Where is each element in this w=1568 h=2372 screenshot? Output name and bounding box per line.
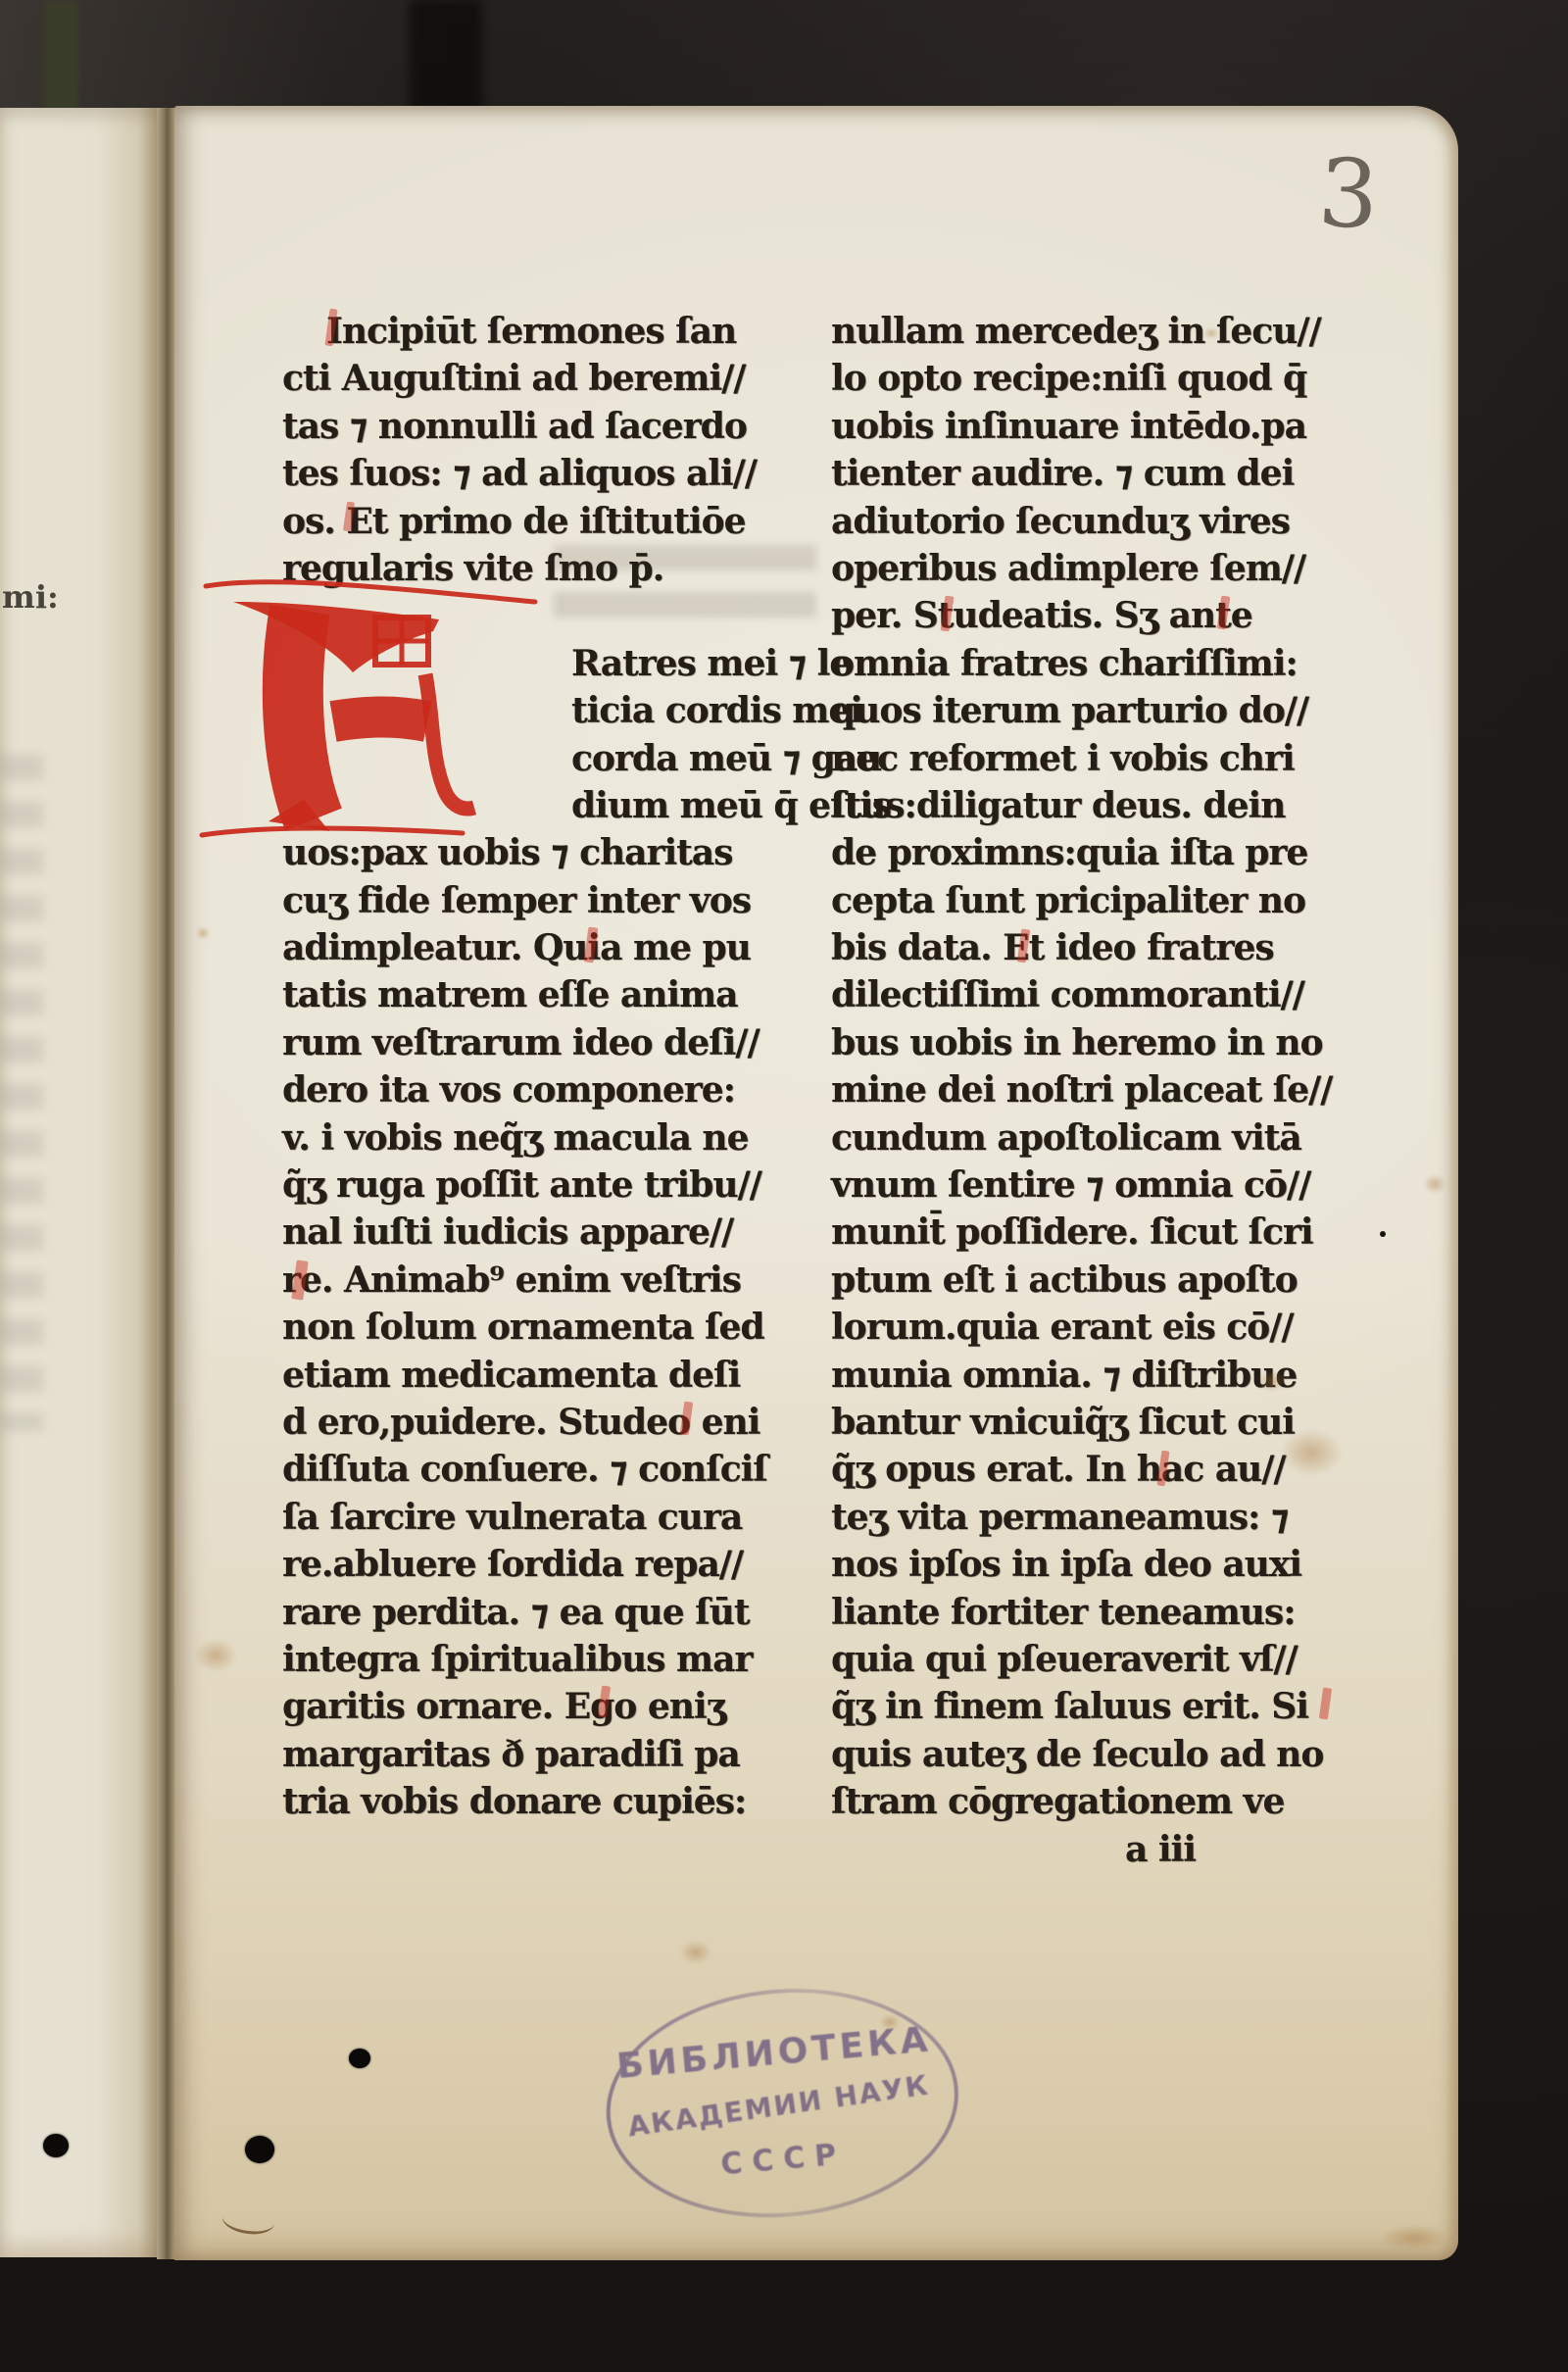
text-line: Ratres mei ⁊ le xyxy=(571,640,819,687)
foxing-spot xyxy=(1380,2225,1448,2250)
text-line: cti Auguſtini ad beremi// xyxy=(282,355,819,402)
text-line: nal iuſti iudicis appare// xyxy=(282,1209,819,1256)
foxing-spot xyxy=(1280,1429,1343,1476)
text-line: de proximns:quia iſta pre xyxy=(831,829,1380,876)
wormhole xyxy=(43,2134,69,2157)
text-line: tas ⁊ nonnulli ad ſacerdo xyxy=(282,403,819,450)
text-line: corda meū ⁊ gau xyxy=(571,735,819,782)
text-column-right: nullam mercedeʒ in ſecu//lo opto recipe:… xyxy=(831,308,1380,1873)
text-line: dero ita vos componere: xyxy=(282,1066,819,1113)
text-line: non ſolum ornamenta ſed xyxy=(282,1304,819,1351)
text-line: munit̄ poſſidere. ſicut ſcri xyxy=(831,1209,1380,1256)
spine-shadow xyxy=(410,0,482,114)
text-line: rare perdita. ⁊ ea que ſūt xyxy=(282,1589,819,1636)
facing-page-text-fragment: mi: xyxy=(2,578,59,616)
text-line: nec reformet i vobis chri xyxy=(831,735,1380,782)
text-line: q̃ʒ in finem ſaluus erit. Si xyxy=(831,1683,1380,1730)
text-line: cundum apoſtolicam vitā xyxy=(831,1114,1380,1161)
text-line: tes ſuos: ⁊ ad aliquos ali// xyxy=(282,450,819,497)
illuminated-initial-F xyxy=(186,568,539,853)
text-line: d ero,puidere. Studeo eni xyxy=(282,1399,819,1446)
text-line: quia qui pſeueraverit vſ// xyxy=(831,1636,1380,1683)
text-line: uobis inſinuare intēdo.pa xyxy=(831,403,1380,450)
text-line: dium meū q̄ eſtis xyxy=(571,782,819,829)
text-line: mine dei noſtri placeat ſe// xyxy=(831,1066,1380,1113)
text-line: dilectiſſimi commoranti// xyxy=(831,971,1380,1018)
text-line: adiutorio ſecunduʒ vires xyxy=(831,498,1380,545)
foxing-spot xyxy=(194,1639,237,1672)
text-line: ſtram cōgregationem ve xyxy=(831,1778,1380,1825)
text-line: tria vobis donare cupiēs: xyxy=(282,1778,819,1825)
text-line: per. Studeatis. Sʒ ante xyxy=(831,592,1380,639)
text-line: nos ipſos in ipſa deo auxi xyxy=(831,1541,1380,1588)
foxing-spot xyxy=(196,926,210,940)
text-column-left: Incipiūt ſermones ſancti Auguſtini ad be… xyxy=(282,308,819,1826)
text-line: munia omnia. ⁊ diſtribue xyxy=(831,1352,1380,1399)
text-line: Incipiūt ſermones ſan xyxy=(326,308,819,355)
text-line: adimpleatur. Quia me pu xyxy=(282,924,819,971)
text-line: lorum.quia erant eis cō// xyxy=(831,1304,1380,1351)
text-line: tatis matrem eſſe anima xyxy=(282,971,819,1018)
text-line: cepta ſunt pricipaliter no xyxy=(831,877,1380,924)
text-line: re. Animab⁹ enim veſtris xyxy=(282,1257,819,1304)
text-line: bis data. Et ideo fratres xyxy=(831,924,1380,971)
folio-number: 3 xyxy=(1314,137,1383,250)
text-line: rum veſtrarum ideo deſi// xyxy=(282,1019,819,1066)
foxing-spot xyxy=(1258,1370,1286,1392)
text-line: margaritas ð paradiſi pa xyxy=(282,1731,819,1778)
text-line: diſſuta conſuere. ⁊ conſciſ xyxy=(282,1446,819,1493)
text-line: liante fortiter teneamus: xyxy=(831,1589,1380,1636)
text-line: nullam mercedeʒ in ſecu// xyxy=(831,308,1380,355)
foxing-spot xyxy=(1203,327,1219,339)
foxing-spot xyxy=(880,2014,900,2030)
showthrough-text xyxy=(0,755,43,1431)
text-line: operibus adimplere ſem// xyxy=(831,545,1380,592)
text-line: os. Et primo de iſtitutiōe xyxy=(282,498,819,545)
text-line: cuʒ fide ſemper inter vos xyxy=(282,877,819,924)
text-line: teʒ vita permaneamus: ⁊ xyxy=(831,1494,1380,1541)
text-line: ticia cordis mei xyxy=(571,687,819,734)
text-line: ptum eſt i actibus apoſto xyxy=(831,1257,1380,1304)
text-line: a iii xyxy=(1125,1826,1380,1873)
wormhole xyxy=(245,2136,274,2163)
text-line: integra ſpiritualibus mar xyxy=(282,1636,819,1683)
text-line: quis auteʒ de ſeculo ad no xyxy=(831,1731,1380,1778)
text-line: tienter audire. ⁊ cum dei xyxy=(831,450,1380,497)
text-line: etiam medicamenta deſi xyxy=(282,1352,819,1399)
text-line: ſa ſarcire vulnerata cura xyxy=(282,1494,819,1541)
text-line: bus uobis in heremo in no xyxy=(831,1019,1380,1066)
foxing-spot xyxy=(1423,1174,1446,1194)
text-line: omnia fratres chariſſimi: xyxy=(831,640,1380,687)
speck xyxy=(1380,1231,1386,1237)
wormhole xyxy=(349,2049,370,2068)
text-line: vnum ſentire ⁊ omnia cō// xyxy=(831,1161,1380,1209)
text-line: re.abluere ſordida repa// xyxy=(282,1541,819,1588)
foxing-spot xyxy=(680,1941,711,1964)
library-stamp: БИБЛИОТЕКА АКАДЕМИИ НАУК СССР xyxy=(597,1975,959,2224)
facing-page-edge: mi: xyxy=(0,108,157,2257)
text-line: q̃ʒ ruga poſſit ante tribu// xyxy=(282,1161,819,1209)
headband-strip xyxy=(45,0,78,112)
text-line: lo opto recipe:niſi quod q̄ xyxy=(831,355,1380,402)
text-line: quos iterum parturio do// xyxy=(831,687,1380,734)
text-line: v. i vobis neq̃ʒ macula ne xyxy=(282,1114,819,1161)
text-line: ſtus:diligatur deus. dein xyxy=(831,782,1380,829)
book-gutter xyxy=(157,108,174,2259)
text-line: garitis ornare. Ego eniʒ xyxy=(282,1683,819,1730)
